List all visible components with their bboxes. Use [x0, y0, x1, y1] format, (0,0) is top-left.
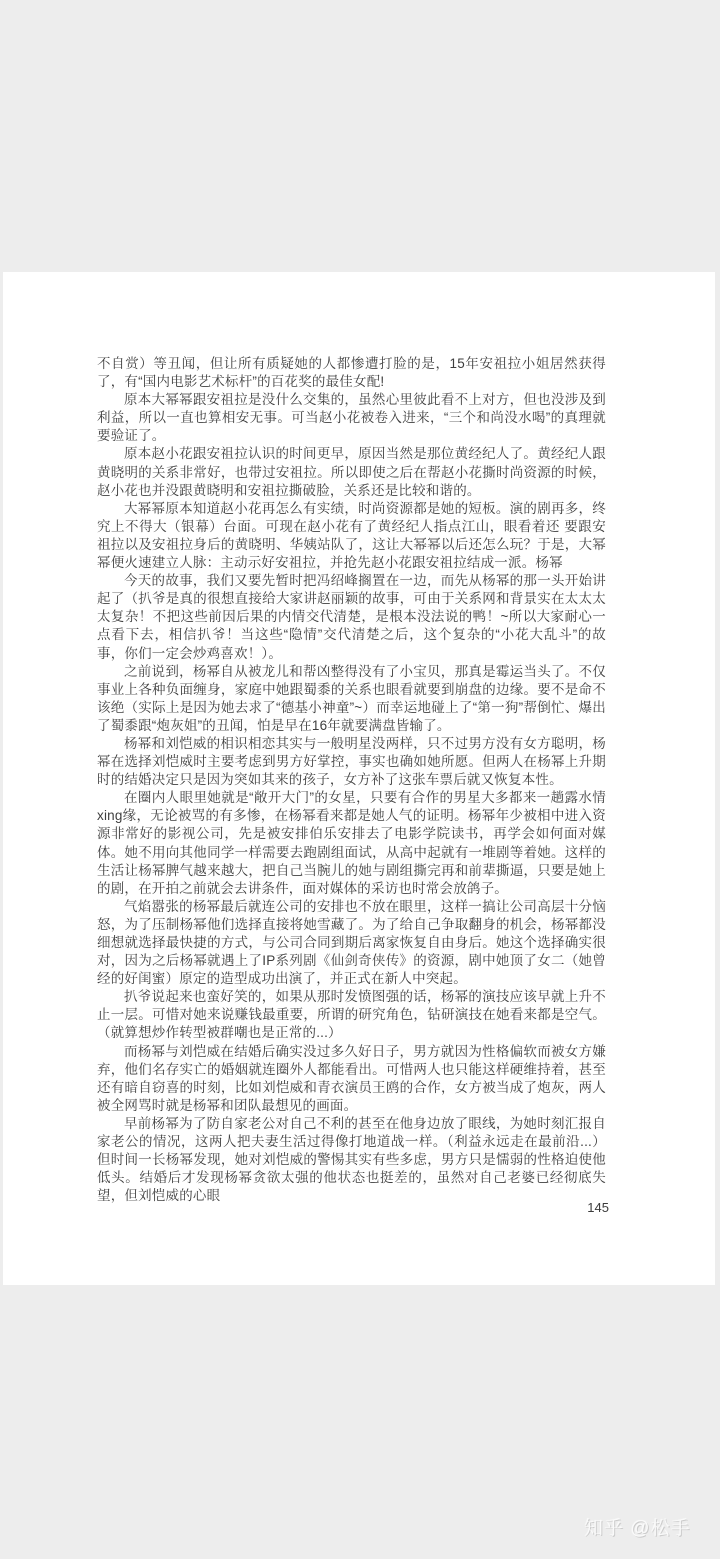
paragraph: 杨幂和刘恺威的相识相恋其实与一般明星没两样，只不过男方没有女方聪明，杨幂在选择刘… — [97, 735, 606, 789]
paragraph: 早前杨幂为了防自家老公对自己不利的甚至在他身边放了眼线，为她时刻汇报自家老公的情… — [97, 1115, 606, 1205]
paragraph: 而杨幂与刘恺威在结婚后确实没过多久好日子，男方就因为性格偏软而被女方嫌弃，他们名… — [97, 1043, 606, 1115]
paragraph: 气焰嚣张的杨幂最后就连公司的安排也不放在眼里，这样一搞让公司高层十分恼怒，为了压… — [97, 898, 606, 988]
paragraph: 不自赏）等丑闻，但让所有质疑她的人都惨遭打脸的是，15年安祖拉小姐居然获得了，有… — [97, 355, 606, 391]
viewer-background: { "page": { "background_color": "#ededed… — [0, 0, 720, 1559]
paragraph: 扒爷说起来也蛮好笑的，如果从那时发愤图强的话，杨幂的演技应该早就上升不止一层。可… — [97, 988, 606, 1042]
paragraph: 之前说到，杨幂自从被龙儿和帮凶整得没有了小宝贝，那真是霉运当头了。不仅事业上各种… — [97, 663, 606, 735]
paragraph: 原本大幂幂跟安祖拉是没什么交集的，虽然心里彼此看不上对方，但也没涉及到利益，所以… — [97, 391, 606, 445]
paragraph: 在圈内人眼里她就是“敞开大门”的女星，只要有合作的男星大多都来一趟露水情xing… — [97, 789, 606, 898]
page-text: 不自赏）等丑闻，但让所有质疑她的人都惨遭打脸的是，15年安祖拉小姐居然获得了，有… — [97, 355, 606, 1205]
paragraph: 大幂幂原本知道赵小花再怎么有实绩，时尚资源都是她的短板。演的剧再多，终究上不得大… — [97, 500, 606, 572]
paragraph: 今天的故事，我们又要先暂时把冯绍峰搁置在一边，而先从杨幂的那一头开始讲起了（扒爷… — [97, 572, 606, 662]
page-number: 145 — [97, 1200, 609, 1215]
document-page: 不自赏）等丑闻，但让所有质疑她的人都惨遭打脸的是，15年安祖拉小姐居然获得了，有… — [3, 272, 715, 1285]
paragraph: 原本赵小花跟安祖拉认识的时间更早，原因当然是那位黄经纪人了。黄经纪人跟黄晓明的关… — [97, 445, 606, 499]
zhihu-watermark: 知乎 @松手 — [584, 1513, 691, 1540]
